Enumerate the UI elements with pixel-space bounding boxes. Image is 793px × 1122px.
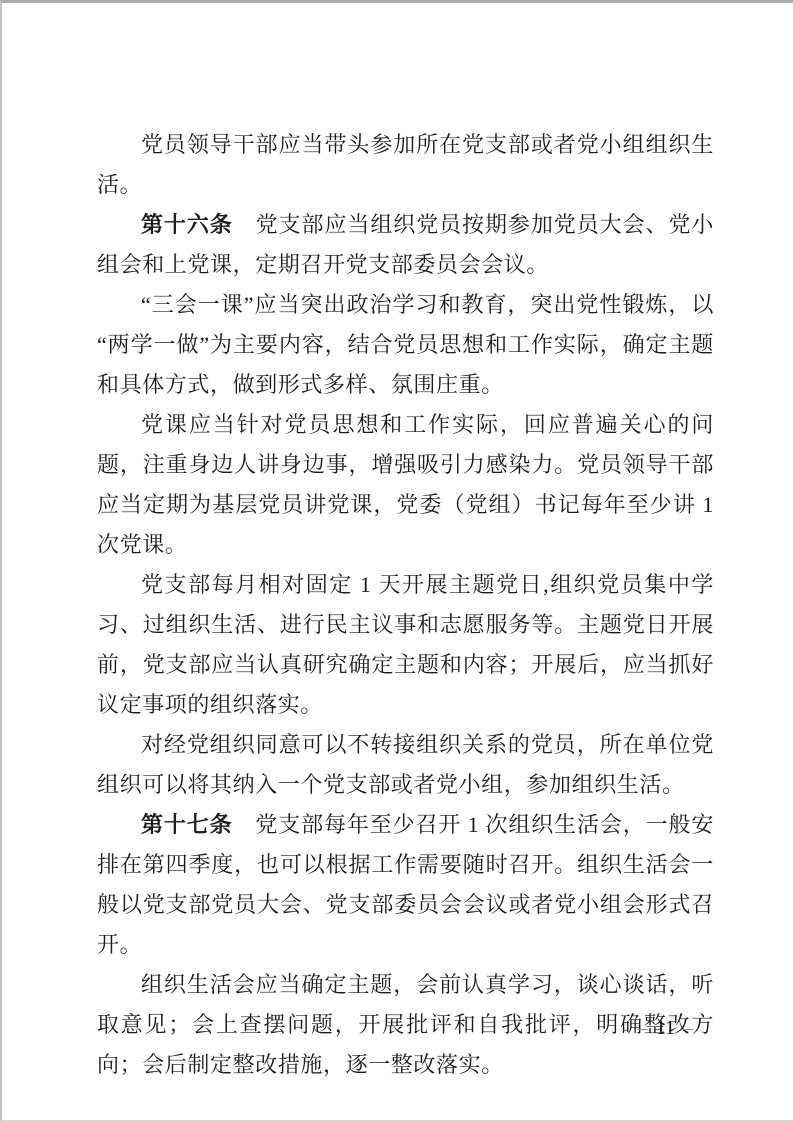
footer-dash-left: – [630,1017,656,1039]
paragraph: 党员领导干部应当带头参加所在党支部或者党小组组织生活。 [97,125,714,205]
paragraph: 对经党组织同意可以不转接组织关系的党员，所在单位党组织可以将其纳入一个党支部或者… [97,725,714,805]
page-footer: –11– [630,1016,701,1040]
paragraph: 第十七条 党支部每年至少召开 1 次组织生活会，一般安排在第四季度，也可以根据工… [97,805,714,965]
paragraph-text: 组织生活会应当确定主题，会前认真学习，谈心谈话，听取意见；会上查摆问题，开展批评… [97,972,714,1077]
paragraph-text: “三会一课”应当突出政治学习和教育，突出党性锻炼，以“两学一做”为主要内容，结合… [97,292,714,397]
paragraph: 第十六条 党支部应当组织党员按期参加党员大会、党小组会和上党课，定期召开党支部委… [97,205,714,285]
paragraph: “三会一课”应当突出政治学习和教育，突出党性锻炼，以“两学一做”为主要内容，结合… [97,285,714,405]
paragraph: 党支部每月相对固定 1 天开展主题党日,组织党员集中学习、过组织生活、进行民主议… [97,565,714,725]
paragraph-text: 党支部每月相对固定 1 天开展主题党日,组织党员集中学习、过组织生活、进行民主议… [97,572,714,717]
paragraph: 党课应当针对党员思想和工作实际，回应普遍关心的问题，注重身边人讲身边事，增强吸引… [97,405,714,565]
paragraph-text: 党课应当针对党员思想和工作实际，回应普遍关心的问题，注重身边人讲身边事，增强吸引… [97,412,714,557]
paragraph: 组织生活会应当确定主题，会前认真学习，谈心谈话，听取意见；会上查摆问题，开展批评… [97,965,714,1085]
article-lead-17: 第十七条 [141,812,233,837]
article-lead-16: 第十六条 [141,212,233,237]
paragraph-text: 党员领导干部应当带头参加所在党支部或者党小组组织生活。 [97,132,714,197]
footer-dash-right: – [675,1017,701,1039]
document-page: 党员领导干部应当带头参加所在党支部或者党小组组织生活。 第十六条 党支部应当组织… [0,0,793,1122]
paragraph-text: 对经党组织同意可以不转接组织关系的党员，所在单位党组织可以将其纳入一个党支部或者… [97,732,714,797]
document-body: 党员领导干部应当带头参加所在党支部或者党小组组织生活。 第十六条 党支部应当组织… [97,125,714,1085]
page-number: 11 [656,1017,675,1039]
